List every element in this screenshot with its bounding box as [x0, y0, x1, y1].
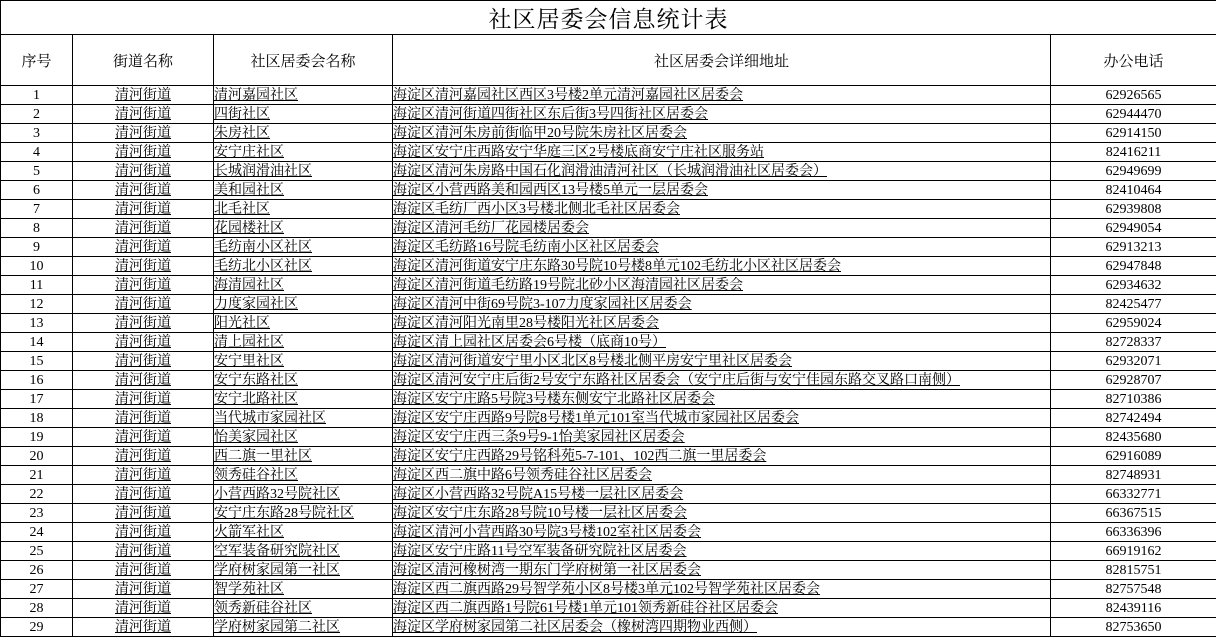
table-row: 21清河街道领秀硅谷社区海淀区西二旗中路6号领秀硅谷社区居委会82748931 [1, 466, 1216, 485]
cell-community: 领秀硅谷社区 [214, 466, 393, 485]
col-header-address: 社区居委会详细地址 [393, 35, 1051, 86]
cell-street: 清河街道 [73, 238, 214, 257]
table-row: 16清河街道安宁东路社区海淀区清河安宁庄后街2号安宁东路社区居委会（安宁庄后街与… [1, 371, 1216, 390]
header-row: 序号 街道名称 社区居委会名称 社区居委会详细地址 办公电话 [1, 35, 1216, 86]
cell-serial: 3 [1, 124, 73, 143]
cell-address: 海淀区清河安宁庄后街2号安宁东路社区居委会（安宁庄后街与安宁佳园东路交叉路口南侧… [393, 371, 1051, 390]
cell-phone: 82757548 [1051, 580, 1216, 599]
cell-street: 清河街道 [73, 86, 214, 105]
table-row: 2清河街道四街社区海淀区清河街道四街社区东后街3号四街社区居委会62944470 [1, 105, 1216, 124]
cell-serial: 11 [1, 276, 73, 295]
cell-community: 毛纺南小区社区 [214, 238, 393, 257]
cell-street: 清河街道 [73, 314, 214, 333]
cell-phone: 82416211 [1051, 143, 1216, 162]
table-body: 1清河街道清河嘉园社区海淀区清河嘉园社区西区3号楼2单元清河嘉园社区居委会629… [1, 86, 1216, 637]
cell-street: 清河街道 [73, 485, 214, 504]
cell-address: 海淀区安宁庄路5号院3号楼东侧安宁北路社区居委会 [393, 390, 1051, 409]
cell-street: 清河街道 [73, 295, 214, 314]
cell-address: 海淀区安宁庄路11号空军装备研究院社区居委会 [393, 542, 1051, 561]
cell-serial: 13 [1, 314, 73, 333]
cell-community: 美和园社区 [214, 181, 393, 200]
cell-phone: 82710386 [1051, 390, 1216, 409]
cell-street: 清河街道 [73, 352, 214, 371]
cell-serial: 14 [1, 333, 73, 352]
table-row: 7清河街道北毛社区海淀区毛纺厂西小区3号楼北侧北毛社区居委会62939808 [1, 200, 1216, 219]
cell-serial: 21 [1, 466, 73, 485]
cell-phone: 62928707 [1051, 371, 1216, 390]
table-row: 9清河街道毛纺南小区社区海淀区毛纺路16号院毛纺南小区社区居委会62913213 [1, 238, 1216, 257]
table-row: 17清河街道安宁北路社区海淀区安宁庄路5号院3号楼东侧安宁北路社区居委会8271… [1, 390, 1216, 409]
cell-community: 当代城市家园社区 [214, 409, 393, 428]
cell-phone: 82748931 [1051, 466, 1216, 485]
cell-street: 清河街道 [73, 561, 214, 580]
col-header-phone: 办公电话 [1051, 35, 1216, 86]
table-row: 26清河街道学府树家园第一社区海淀区清河橡树湾一期东门学府树第一社区居委会828… [1, 561, 1216, 580]
cell-phone: 62932071 [1051, 352, 1216, 371]
cell-address: 海淀区安宁庄西路安宁华庭三区2号楼底商安宁庄社区服务站 [393, 143, 1051, 162]
cell-community: 花园楼社区 [214, 219, 393, 238]
cell-community: 朱房社区 [214, 124, 393, 143]
cell-phone: 66332771 [1051, 485, 1216, 504]
cell-community: 长城润滑油社区 [214, 162, 393, 181]
table-row: 15清河街道安宁里社区海淀区清河街道安宁里小区北区8号楼北侧平房安宁里社区居委会… [1, 352, 1216, 371]
cell-serial: 2 [1, 105, 73, 124]
table-row: 29清河街道学府树家园第二社区海淀区学府树家园第二社区居委会（橡树湾四期物业西侧… [1, 618, 1216, 637]
cell-phone: 62916089 [1051, 447, 1216, 466]
cell-street: 清河街道 [73, 124, 214, 143]
table-row: 3清河街道朱房社区海淀区清河朱房前街临甲20号院朱房社区居委会62914150 [1, 124, 1216, 143]
cell-address: 海淀区毛纺厂西小区3号楼北侧北毛社区居委会 [393, 200, 1051, 219]
cell-phone: 62926565 [1051, 86, 1216, 105]
table-row: 4清河街道安宁庄社区海淀区安宁庄西路安宁华庭三区2号楼底商安宁庄社区服务站824… [1, 143, 1216, 162]
cell-street: 清河街道 [73, 428, 214, 447]
cell-community: 力度家园社区 [214, 295, 393, 314]
cell-street: 清河街道 [73, 181, 214, 200]
cell-street: 清河街道 [73, 447, 214, 466]
cell-street: 清河街道 [73, 390, 214, 409]
cell-community: 学府树家园第一社区 [214, 561, 393, 580]
table-row: 14清河街道清上园社区海淀区清上园社区居委会6号楼（底商10号）82728337 [1, 333, 1216, 352]
cell-phone: 62939808 [1051, 200, 1216, 219]
col-header-street: 街道名称 [73, 35, 214, 86]
cell-address: 海淀区安宁庄东路28号院10号楼一层社区居委会 [393, 504, 1051, 523]
table-row: 1清河街道清河嘉园社区海淀区清河嘉园社区西区3号楼2单元清河嘉园社区居委会629… [1, 86, 1216, 105]
cell-street: 清河街道 [73, 257, 214, 276]
cell-community: 安宁北路社区 [214, 390, 393, 409]
cell-community: 安宁东路社区 [214, 371, 393, 390]
table-row: 27清河街道智学苑社区海淀区西二旗西路29号智学苑小区8号楼3单元102号智学苑… [1, 580, 1216, 599]
cell-serial: 10 [1, 257, 73, 276]
cell-serial: 26 [1, 561, 73, 580]
cell-address: 海淀区学府树家园第二社区居委会（橡树湾四期物业西侧） [393, 618, 1051, 637]
cell-street: 清河街道 [73, 371, 214, 390]
cell-community: 安宁里社区 [214, 352, 393, 371]
table-row: 18清河街道当代城市家园社区海淀区安宁庄西路9号院8号楼1单元101室当代城市家… [1, 409, 1216, 428]
cell-address: 海淀区安宁庄西路29号铭科苑5-7-101、102西二旗一里居委会 [393, 447, 1051, 466]
cell-community: 智学苑社区 [214, 580, 393, 599]
table-row: 23清河街道安宁庄东路28号院社区海淀区安宁庄东路28号院10号楼一层社区居委会… [1, 504, 1216, 523]
cell-community: 领秀新硅谷社区 [214, 599, 393, 618]
cell-serial: 23 [1, 504, 73, 523]
table-row: 8清河街道花园楼社区海淀区清河毛纺厂花园楼居委会62949054 [1, 219, 1216, 238]
cell-phone: 66367515 [1051, 504, 1216, 523]
cell-community: 阳光社区 [214, 314, 393, 333]
cell-community: 清河嘉园社区 [214, 86, 393, 105]
cell-phone: 62959024 [1051, 314, 1216, 333]
cell-community: 北毛社区 [214, 200, 393, 219]
community-info-table: 社区居委会信息统计表 序号 街道名称 社区居委会名称 社区居委会详细地址 办公电… [0, 0, 1216, 637]
cell-community: 清上园社区 [214, 333, 393, 352]
cell-phone: 82439116 [1051, 599, 1216, 618]
cell-address: 海淀区清河朱房路中国石化润滑油清河社区（长城润滑油社区居委会） [393, 162, 1051, 181]
cell-street: 清河街道 [73, 542, 214, 561]
cell-phone: 82728337 [1051, 333, 1216, 352]
cell-serial: 24 [1, 523, 73, 542]
cell-street: 清河街道 [73, 618, 214, 637]
cell-serial: 29 [1, 618, 73, 637]
cell-community: 安宁庄社区 [214, 143, 393, 162]
cell-community: 海清园社区 [214, 276, 393, 295]
cell-serial: 20 [1, 447, 73, 466]
cell-street: 清河街道 [73, 143, 214, 162]
table-row: 22清河街道小营西路32号院社区海淀区小营西路32号院A15号楼一层社区居委会6… [1, 485, 1216, 504]
cell-community: 火箭军社区 [214, 523, 393, 542]
table-row: 6清河街道美和园社区海淀区小营西路美和园西区13号楼5单元一层居委会824104… [1, 181, 1216, 200]
cell-community: 毛纺北小区社区 [214, 257, 393, 276]
cell-phone: 62949054 [1051, 219, 1216, 238]
cell-serial: 17 [1, 390, 73, 409]
cell-street: 清河街道 [73, 219, 214, 238]
cell-street: 清河街道 [73, 105, 214, 124]
cell-community: 小营西路32号院社区 [214, 485, 393, 504]
cell-serial: 16 [1, 371, 73, 390]
cell-serial: 4 [1, 143, 73, 162]
cell-serial: 22 [1, 485, 73, 504]
cell-serial: 18 [1, 409, 73, 428]
cell-serial: 27 [1, 580, 73, 599]
table-row: 12清河街道力度家园社区海淀区清河中街69号院3-107力度家园社区居委会824… [1, 295, 1216, 314]
cell-serial: 25 [1, 542, 73, 561]
table-row: 11清河街道海清园社区海淀区清河街道毛纺路19号院北砂小区海清园社区居委会629… [1, 276, 1216, 295]
cell-address: 海淀区清河朱房前街临甲20号院朱房社区居委会 [393, 124, 1051, 143]
cell-phone: 82753650 [1051, 618, 1216, 637]
cell-community: 怡美家园社区 [214, 428, 393, 447]
table-row: 25清河街道空军装备研究院社区海淀区安宁庄路11号空军装备研究院社区居委会669… [1, 542, 1216, 561]
table-row: 5清河街道长城润滑油社区海淀区清河朱房路中国石化润滑油清河社区（长城润滑油社区居… [1, 162, 1216, 181]
cell-phone: 62913213 [1051, 238, 1216, 257]
cell-address: 海淀区清上园社区居委会6号楼（底商10号） [393, 333, 1051, 352]
cell-phone: 66336396 [1051, 523, 1216, 542]
col-header-serial: 序号 [1, 35, 73, 86]
cell-street: 清河街道 [73, 504, 214, 523]
cell-serial: 1 [1, 86, 73, 105]
cell-community: 四街社区 [214, 105, 393, 124]
cell-street: 清河街道 [73, 466, 214, 485]
cell-serial: 6 [1, 181, 73, 200]
cell-phone: 66919162 [1051, 542, 1216, 561]
table-row: 24清河街道火箭军社区海淀区清河小营西路30号院3号楼102室社区居委会6633… [1, 523, 1216, 542]
cell-address: 海淀区清河街道毛纺路19号院北砂小区海清园社区居委会 [393, 276, 1051, 295]
cell-address: 海淀区清河毛纺厂花园楼居委会 [393, 219, 1051, 238]
cell-address: 海淀区毛纺路16号院毛纺南小区社区居委会 [393, 238, 1051, 257]
cell-address: 海淀区西二旗中路6号领秀硅谷社区居委会 [393, 466, 1051, 485]
cell-phone: 62934632 [1051, 276, 1216, 295]
cell-serial: 9 [1, 238, 73, 257]
cell-phone: 82742494 [1051, 409, 1216, 428]
table-row: 10清河街道毛纺北小区社区海淀区清河街道安宁庄东路30号院10号楼8单元102毛… [1, 257, 1216, 276]
cell-phone: 62947848 [1051, 257, 1216, 276]
cell-phone: 62949699 [1051, 162, 1216, 181]
cell-address: 海淀区西二旗西路1号院61号楼1单元101领秀新硅谷社区居委会 [393, 599, 1051, 618]
cell-serial: 7 [1, 200, 73, 219]
table-row: 28清河街道领秀新硅谷社区海淀区西二旗西路1号院61号楼1单元101领秀新硅谷社… [1, 599, 1216, 618]
col-header-community: 社区居委会名称 [214, 35, 393, 86]
cell-address: 海淀区清河中街69号院3-107力度家园社区居委会 [393, 295, 1051, 314]
cell-address: 海淀区清河橡树湾一期东门学府树第一社区居委会 [393, 561, 1051, 580]
cell-address: 海淀区清河街道安宁里小区北区8号楼北侧平房安宁里社区居委会 [393, 352, 1051, 371]
cell-address: 海淀区小营西路32号院A15号楼一层社区居委会 [393, 485, 1051, 504]
cell-address: 海淀区小营西路美和园西区13号楼5单元一层居委会 [393, 181, 1051, 200]
title-row: 社区居委会信息统计表 [1, 1, 1216, 35]
cell-address: 海淀区安宁庄西路9号院8号楼1单元101室当代城市家园社区居委会 [393, 409, 1051, 428]
cell-phone: 62914150 [1051, 124, 1216, 143]
cell-address: 海淀区清河阳光南里28号楼阳光社区居委会 [393, 314, 1051, 333]
cell-serial: 5 [1, 162, 73, 181]
table-row: 20清河街道西二旗一里社区海淀区安宁庄西路29号铭科苑5-7-101、102西二… [1, 447, 1216, 466]
cell-community: 空军装备研究院社区 [214, 542, 393, 561]
cell-serial: 12 [1, 295, 73, 314]
cell-phone: 62944470 [1051, 105, 1216, 124]
cell-community: 西二旗一里社区 [214, 447, 393, 466]
cell-serial: 19 [1, 428, 73, 447]
cell-address: 海淀区西二旗西路29号智学苑小区8号楼3单元102号智学苑社区居委会 [393, 580, 1051, 599]
cell-address: 海淀区安宁庄西三条9号9-1怡美家园社区居委会 [393, 428, 1051, 447]
cell-street: 清河街道 [73, 200, 214, 219]
cell-address: 海淀区清河街道四街社区东后街3号四街社区居委会 [393, 105, 1051, 124]
cell-phone: 82435680 [1051, 428, 1216, 447]
table-row: 19清河街道怡美家园社区海淀区安宁庄西三条9号9-1怡美家园社区居委会82435… [1, 428, 1216, 447]
cell-street: 清河街道 [73, 333, 214, 352]
cell-street: 清河街道 [73, 580, 214, 599]
cell-street: 清河街道 [73, 276, 214, 295]
cell-address: 海淀区清河街道安宁庄东路30号院10号楼8单元102毛纺北小区社区居委会 [393, 257, 1051, 276]
cell-phone: 82410464 [1051, 181, 1216, 200]
page-title: 社区居委会信息统计表 [1, 1, 1216, 35]
cell-community: 安宁庄东路28号院社区 [214, 504, 393, 523]
cell-address: 海淀区清河嘉园社区西区3号楼2单元清河嘉园社区居委会 [393, 86, 1051, 105]
cell-street: 清河街道 [73, 162, 214, 181]
cell-street: 清河街道 [73, 409, 214, 428]
cell-phone: 82815751 [1051, 561, 1216, 580]
cell-phone: 82425477 [1051, 295, 1216, 314]
cell-address: 海淀区清河小营西路30号院3号楼102室社区居委会 [393, 523, 1051, 542]
cell-serial: 15 [1, 352, 73, 371]
table-row: 13清河街道阳光社区海淀区清河阳光南里28号楼阳光社区居委会62959024 [1, 314, 1216, 333]
cell-street: 清河街道 [73, 599, 214, 618]
cell-community: 学府树家园第二社区 [214, 618, 393, 637]
cell-serial: 28 [1, 599, 73, 618]
cell-street: 清河街道 [73, 523, 214, 542]
cell-serial: 8 [1, 219, 73, 238]
